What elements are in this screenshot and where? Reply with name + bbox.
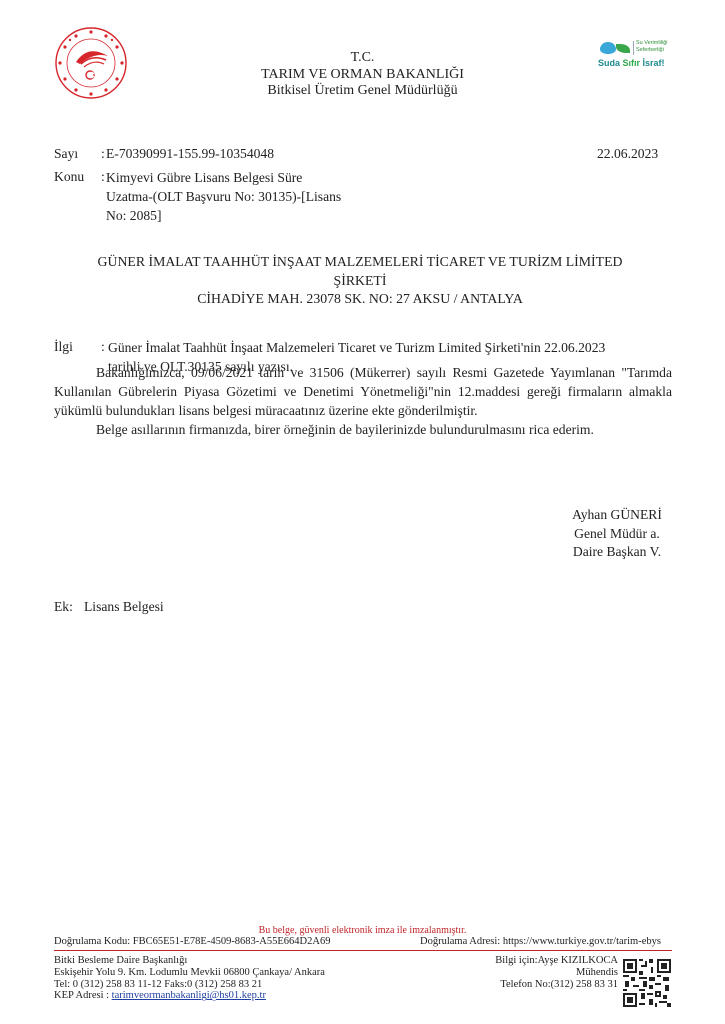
signer-title: Genel Müdür a.	[560, 525, 674, 544]
recipient-name-cont: ŞİRKETİ	[60, 272, 660, 291]
header-directorate: Bitkisel Üretim Genel Müdürlüğü	[0, 83, 725, 100]
phone-fax: Tel: 0 (312) 258 83 11-12 Faks:0 (312) 2…	[54, 979, 325, 991]
verification-address: Doğrulama Adresi: https://www.turkiye.go…	[420, 936, 661, 947]
signer-title: Daire Başkan V.	[560, 543, 674, 562]
colon: :	[101, 145, 105, 163]
colon: :	[101, 168, 105, 186]
recipient-block: GÜNER İMALAT TAAHHÜT İNŞAAT MALZEMELERİ …	[60, 253, 660, 309]
sayi-value: E-70390991-155.99-10354048	[106, 145, 396, 163]
attachment-label: Ek:	[54, 598, 73, 616]
qr-code-icon	[623, 959, 671, 1007]
attachment-value: Lisans Belgesi	[84, 598, 164, 616]
sayi-label: Sayı	[54, 145, 78, 163]
department: Bitki Besleme Daire Başkanlığı	[54, 955, 325, 967]
kep-label: KEP Adresi :	[54, 990, 112, 1001]
info-title: Mühendis	[470, 967, 618, 979]
signer-name: Ayhan GÜNERİ	[560, 506, 674, 525]
header-ministry: TARIM VE ORMAN BAKANLIĞI	[0, 67, 725, 84]
konu-value: Kimyevi Gübre Lisans Belgesi Süre Uzatma…	[106, 168, 396, 225]
letter-body: Bakanlığımızca, 09/06/2021 tarih ve 3150…	[54, 363, 672, 439]
kep-address-link[interactable]: tarimveormanbakanligi@hs01.kep.tr	[112, 990, 266, 1001]
info-contact: Bilgi için:Ayşe KIZILKOCA	[470, 955, 618, 967]
verification-code: Doğrulama Kodu: FBC65E51-E78E-4509-8683-…	[54, 936, 330, 947]
campaign-small-text: Su Verimliliği	[636, 40, 667, 46]
contact-block: Bitki Besleme Daire Başkanlığı Eskişehir…	[54, 955, 325, 1002]
esign-notice: Bu belge, güvenli elektronik imza ile im…	[0, 925, 725, 936]
kep-row: KEP Adresi : tarimveormanbakanligi@hs01.…	[54, 990, 325, 1002]
recipient-address: CİHADİYE MAH. 23078 SK. NO: 27 AKSU / AN…	[60, 290, 660, 309]
signature-block: Ayhan GÜNERİ Genel Müdür a. Daire Başkan…	[560, 506, 674, 562]
konu-line: Uzatma-(OLT Başvuru No: 30135)-[Lisans	[106, 187, 396, 206]
konu-line: No: 2085]	[106, 206, 396, 225]
address: Eskişehir Yolu 9. Km. Lodumlu Mevkii 068…	[54, 967, 325, 979]
body-paragraph: Bakanlığımızca, 09/06/2021 tarih ve 3150…	[54, 363, 672, 420]
konu-line: Kimyevi Gübre Lisans Belgesi Süre	[106, 168, 396, 187]
info-phone: Telefon No:(312) 258 83 31	[470, 979, 618, 991]
footer-divider	[54, 950, 672, 951]
header-tc: T.C.	[0, 50, 725, 67]
ilgi-line: Güner İmalat Taahhüt İnşaat Malzemeleri …	[108, 338, 678, 357]
body-paragraph: Belge asıllarının firmanızda, birer örne…	[54, 420, 672, 439]
info-block: Bilgi için:Ayşe KIZILKOCA Mühendis Telef…	[470, 955, 618, 990]
letterhead: T.C. TARIM VE ORMAN BAKANLIĞI Bitkisel Ü…	[0, 50, 725, 100]
colon: :	[101, 338, 105, 356]
ilgi-label: İlgi	[54, 338, 73, 356]
konu-label: Konu	[54, 168, 84, 186]
recipient-name: GÜNER İMALAT TAAHHÜT İNŞAAT MALZEMELERİ …	[60, 253, 660, 272]
document-date: 22.06.2023	[597, 145, 658, 163]
